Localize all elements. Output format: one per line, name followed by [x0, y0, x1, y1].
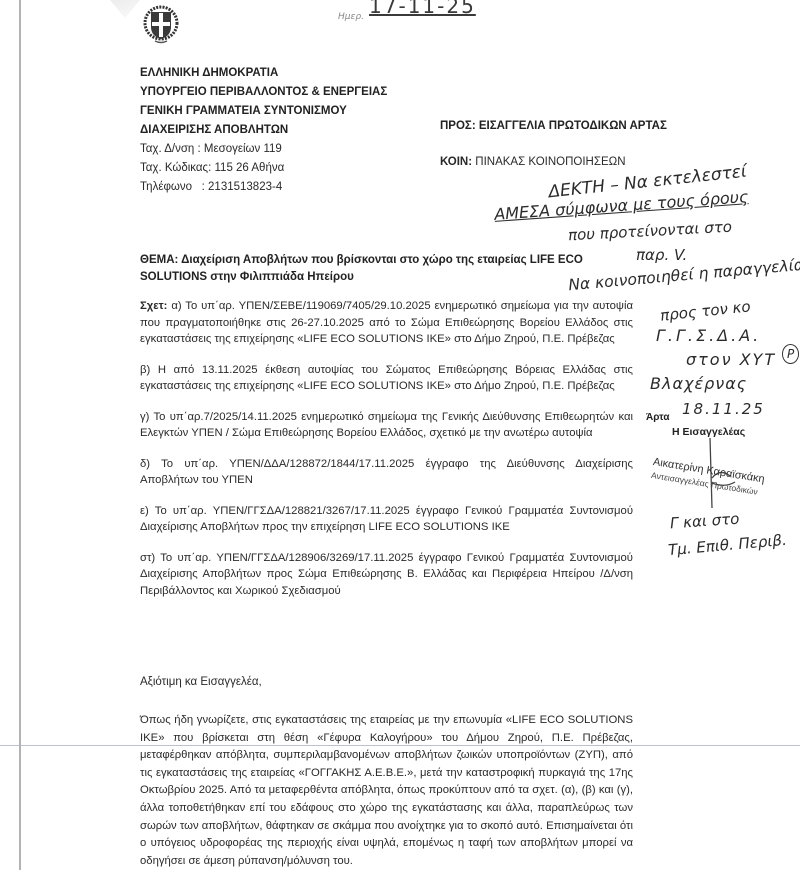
sender-line-department: ΔΙΑΧΕΙΡΙΣΗΣ ΑΠΟΒΛΗΤΩΝ	[140, 121, 387, 140]
handwritten-line: Γ.Γ.Σ.Δ.Α.	[656, 326, 761, 345]
handwritten-line: προς τον κο	[659, 297, 751, 324]
stamp-place-label: Άρτα	[646, 412, 669, 423]
subject-text: Διαχείριση Αποβλήτων που βρίσκονται στο …	[140, 254, 583, 283]
reference-item: δ) Το υπ΄αρ. ΥΠΕΝ/ΔΔΑ/128872/1844/17.11.…	[140, 456, 633, 489]
sender-line-republic: ΕΛΛΗΝΙΚΗ ΔΗΜΟΚΡΑΤΙΑ	[140, 64, 387, 83]
address-postcode-label: Ταχ. Κώδικας:	[140, 162, 211, 174]
address-phone-label: Τηλέφωνο	[140, 181, 192, 193]
sender-line-ministry: ΥΠΟΥΡΓΕΙΟ ΠΕΡΙΒΑΛΛΟΝΤΟΣ & ΕΝΕΡΓΕΙΑΣ	[140, 83, 387, 102]
sender-address-postcode: Ταχ. Κώδικας: 115 26 Αθήνα	[140, 159, 387, 178]
circled-mark: Ρ	[782, 344, 799, 364]
address-street-label: Ταχ. Δ/νση	[140, 143, 194, 155]
corner-stamp-fragment	[110, 0, 140, 18]
sender-address-phone: Τηλέφωνο : 2131513823-4	[140, 178, 387, 197]
registration-date-label: Ημερ.	[338, 12, 364, 22]
cc-line: ΚΟΙΝ: ΠΙΝΑΚΑΣ ΚΟΙΝΟΠΟΙΗΣΕΩΝ	[440, 156, 626, 168]
handwritten-line: παρ. V.	[636, 246, 687, 264]
cc-label: ΚΟΙΝ:	[440, 156, 472, 168]
handwritten-date: 18.11.25	[682, 400, 765, 418]
references-label: Σχετ:	[140, 300, 167, 312]
sender-line-secretariat: ΓΕΝΙΚΗ ΓΡΑΜΜΑΤΕΙΑ ΣΥΝΤΟΝΙΣΜΟΥ	[140, 102, 387, 121]
references-list: Σχετ: α) Το υπ΄αρ. ΥΠΕΝ/ΣΕΒΕ/119069/7405…	[140, 298, 633, 613]
registration-date-value: 17-11-25	[369, 0, 476, 18]
cc-value: ΠΙΝΑΚΑΣ ΚΟΙΝΟΠΟΙΗΣΕΩΝ	[475, 156, 625, 168]
address-phone-value: : 2131513823-4	[202, 181, 283, 193]
handwritten-line: Βλαχέρνας	[650, 374, 747, 393]
handwritten-line: που προτείνονται στο	[568, 218, 733, 245]
reference-item: στ) Το υπ΄αρ. ΥΠΕΝ/ΓΓΣΔΑ/128906/3269/17.…	[140, 550, 633, 600]
registration-date-stamp: Ημερ. 17-11-25	[338, 0, 476, 22]
recipient: ΠΡΟΣ: ΕΙΣΑΓΓΕΛΙΑ ΠΡΩΤΟΔΙΚΩΝ ΑΡΤΑΣ	[440, 120, 667, 132]
reference-item: Σχετ: α) Το υπ΄αρ. ΥΠΕΝ/ΣΕΒΕ/119069/7405…	[140, 298, 633, 348]
scan-margin-line	[19, 0, 21, 870]
subject: ΘΕΜΑ: Διαχείριση Αποβλήτων που βρίσκοντα…	[140, 252, 620, 286]
sender-address-street: Ταχ. Δ/νση : Μεσογείων 119	[140, 140, 387, 159]
greeting: Αξιότιμη κα Εισαγγελέα,	[140, 676, 262, 688]
stamp-role: Η Εισαγγελέας	[672, 426, 745, 438]
reference-item: β) Η από 13.11.2025 έκθεση αυτοψίας του …	[140, 362, 633, 395]
body-paragraph: Όπως ήδη γνωρίζετε, στις εγκαταστάσεις τ…	[140, 712, 633, 870]
reference-item: γ) Το υπ΄αρ.7/2025/14.11.2025 ενημερωτικ…	[140, 409, 633, 442]
address-postcode-value: 115 26 Αθήνα	[215, 162, 285, 174]
handwritten-line: στον ΧΥΤ	[686, 350, 776, 369]
handwritten-footer-line: Τμ. Επιθ. Περιβ.	[667, 531, 787, 559]
address-street-value: : Μεσογείων 119	[198, 143, 282, 155]
sender-block: ΕΛΛΗΝΙΚΗ ΔΗΜΟΚΡΑΤΙΑ ΥΠΟΥΡΓΕΙΟ ΠΕΡΙΒΑΛΛΟΝ…	[140, 64, 387, 197]
reference-item: ε) Το υπ΄αρ. ΥΠΕΝ/ΓΓΣΔΑ/128821/3267/17.1…	[140, 503, 633, 536]
greek-coat-of-arms-icon	[143, 5, 179, 45]
subject-label: ΘΕΜΑ:	[140, 254, 178, 266]
reference-text: α) Το υπ΄αρ. ΥΠΕΝ/ΣΕΒΕ/119069/7405/29.10…	[140, 300, 633, 345]
